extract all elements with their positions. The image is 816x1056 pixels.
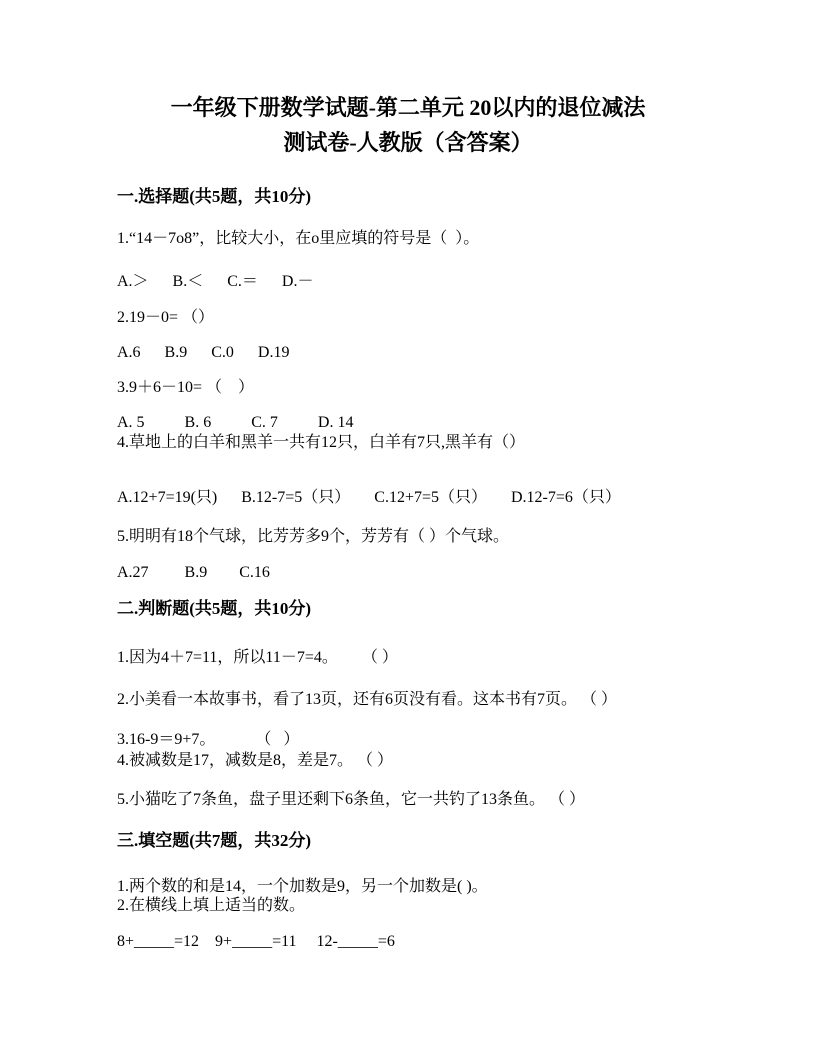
question-4-options: A.12+7=19(只) B.12-7=5（只） C.12+7=5（只） D.1… (117, 488, 756, 508)
fill-2-text: 2.在横线上填上适当的数。 (117, 896, 756, 916)
question-3-text: 3.9＋6－10= （ ） (117, 378, 756, 398)
fill-2-blanks: 8+_____=12 9+_____=11 12-_____=6 (117, 932, 756, 952)
question-3-options: A. 5 B. 6 C. 7 D. 14 (117, 413, 756, 433)
question-2-options: A.6 B.9 C.0 D.19 (117, 343, 756, 363)
judge-2-text: 2.小美看一本故事书，看了13页，还有6页没有看。这本书有7页。 （ ） (117, 690, 756, 710)
document-title-line1: 一年级下册数学试题-第二单元 20以内的退位减法 (0, 95, 816, 121)
question-1-options: A.＞ B.＜ C.＝ D.－ (117, 272, 756, 292)
question-2-text: 2.19－0= （） (117, 308, 756, 328)
fill-1-text: 1.两个数的和是14，一个加数是9，另一个加数是( )。 (117, 877, 756, 897)
section-heading-choice: 一.选择题(共5题，共10分) (117, 187, 756, 207)
test-paper-page: 一年级下册数学试题-第二单元 20以内的退位减法 测试卷-人教版（含答案） 一.… (0, 0, 816, 1056)
section-heading-judge: 二.判断题(共5题，共10分) (117, 599, 756, 619)
question-5-options: A.27 B.9 C.16 (117, 563, 756, 583)
judge-1-text: 1.因为4＋7=11，所以11－7=4。 （ ） (117, 648, 756, 668)
judge-5-text: 5.小猫吃了7条鱼，盘子里还剩下6条鱼，它一共钓了13条鱼。 （ ） (117, 790, 756, 810)
judge-3-text: 3.16-9＝9+7。 （ ） (117, 730, 756, 750)
question-1-text: 1.“14－7o8”，比较大小，在o里应填的符号是（ ）。 (117, 229, 756, 249)
judge-4-text: 4.被减数是17，减数是8，差是7。 （ ） (117, 751, 756, 771)
question-4-text: 4.草地上的白羊和黑羊一共有12只，白羊有7只,黑羊有（） (117, 433, 756, 453)
question-5-text: 5.明明有18个气球，比芳芳多9个，芳芳有（ ）个气球。 (117, 527, 756, 547)
section-heading-fill: 三.填空题(共7题，共32分) (117, 831, 756, 851)
document-title-line2: 测试卷-人教版（含答案） (0, 130, 816, 156)
